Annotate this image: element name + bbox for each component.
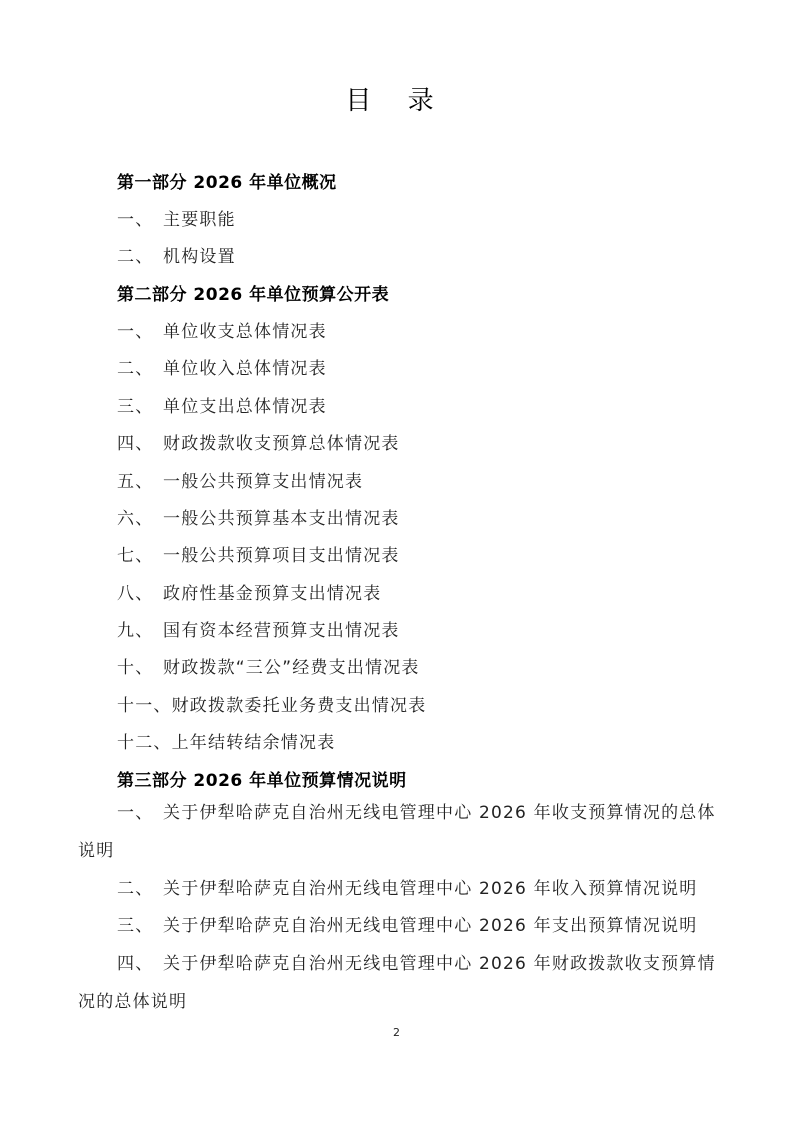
item-number: 十、 — [117, 653, 163, 678]
part1-heading: 第一部分 2026 年单位概况 — [117, 168, 337, 193]
item-number: 七、 — [117, 541, 163, 566]
toc-item[interactable]: 四、关于伊犁哈萨克自治州无线电管理中心 2026 年财政拨款收支预算情况的总体说… — [78, 945, 718, 1021]
part2-heading: 第二部分 2026 年单位预算公开表 — [117, 280, 389, 305]
toc-item[interactable]: 三、单位支出总体情况表 — [117, 392, 327, 417]
toc-item[interactable]: 四、财政拨款收支预算总体情况表 — [117, 429, 400, 454]
item-number: 三、 — [117, 392, 163, 417]
item-label: 一般公共预算基本支出情况表 — [163, 509, 400, 529]
item-number: 五、 — [117, 467, 163, 492]
item-label: 一般公共预算支出情况表 — [163, 472, 363, 492]
item-label: 政府性基金预算支出情况表 — [163, 584, 381, 604]
item-label: 关于伊犁哈萨克自治州无线电管理中心 2026 年财政拨款收支预算情况的总体说明 — [78, 954, 716, 1012]
toc-item[interactable]: 一、主要职能 — [117, 205, 236, 230]
item-label: 关于伊犁哈萨克自治州无线电管理中心 2026 年支出预算情况说明 — [163, 916, 697, 936]
toc-item[interactable]: 一、关于伊犁哈萨克自治州无线电管理中心 2026 年收支预算情况的总体说明 — [78, 794, 718, 870]
toc-title: 目 录 — [0, 80, 793, 117]
toc-item[interactable]: 一、单位收支总体情况表 — [117, 317, 327, 342]
item-number: 二、 — [117, 354, 163, 379]
item-number: 二、 — [117, 870, 163, 908]
toc-item[interactable]: 二、关于伊犁哈萨克自治州无线电管理中心 2026 年收入预算情况说明 — [78, 870, 718, 908]
item-number: 一、 — [117, 794, 163, 832]
toc-item[interactable]: 八、政府性基金预算支出情况表 — [117, 579, 381, 604]
toc-item[interactable]: 十一、财政拨款委托业务费支出情况表 — [117, 691, 426, 716]
toc-item[interactable]: 二、单位收入总体情况表 — [117, 354, 327, 379]
page-number: 2 — [0, 1026, 793, 1039]
item-label: 单位收入总体情况表 — [163, 359, 327, 379]
toc-item[interactable]: 三、关于伊犁哈萨克自治州无线电管理中心 2026 年支出预算情况说明 — [78, 907, 718, 945]
item-number: 六、 — [117, 504, 163, 529]
item-label: 主要职能 — [163, 210, 236, 230]
toc-item[interactable]: 十二、上年结转结余情况表 — [117, 728, 335, 753]
item-label: 上年结转结余情况表 — [172, 733, 336, 753]
item-label: 机构设置 — [163, 247, 236, 267]
item-label: 关于伊犁哈萨克自治州无线电管理中心 2026 年收入预算情况说明 — [163, 879, 697, 899]
item-label: 财政拨款“三公”经费支出情况表 — [163, 658, 420, 678]
toc-item[interactable]: 七、一般公共预算项目支出情况表 — [117, 541, 400, 566]
toc-item[interactable]: 六、一般公共预算基本支出情况表 — [117, 504, 400, 529]
toc-item[interactable]: 五、一般公共预算支出情况表 — [117, 467, 363, 492]
item-number: 一、 — [117, 317, 163, 342]
item-label: 财政拨款收支预算总体情况表 — [163, 434, 400, 454]
item-label: 单位支出总体情况表 — [163, 397, 327, 417]
item-label: 国有资本经营预算支出情况表 — [163, 621, 400, 641]
item-label: 关于伊犁哈萨克自治州无线电管理中心 2026 年收支预算情况的总体说明 — [78, 803, 716, 861]
item-number: 三、 — [117, 907, 163, 945]
item-number: 九、 — [117, 616, 163, 641]
item-number: 四、 — [117, 945, 163, 983]
item-label: 财政拨款委托业务费支出情况表 — [172, 696, 427, 716]
toc-item[interactable]: 十、财政拨款“三公”经费支出情况表 — [117, 653, 420, 678]
item-number: 二、 — [117, 242, 163, 267]
item-number: 十一、 — [117, 691, 172, 716]
toc-item[interactable]: 九、国有资本经营预算支出情况表 — [117, 616, 400, 641]
item-number: 八、 — [117, 579, 163, 604]
item-label: 一般公共预算项目支出情况表 — [163, 546, 400, 566]
item-number: 一、 — [117, 205, 163, 230]
item-number: 四、 — [117, 429, 163, 454]
part3-heading: 第三部分 2026 年单位预算情况说明 — [117, 766, 407, 791]
toc-item[interactable]: 二、机构设置 — [117, 242, 236, 267]
item-label: 单位收支总体情况表 — [163, 322, 327, 342]
item-number: 十二、 — [117, 728, 172, 753]
